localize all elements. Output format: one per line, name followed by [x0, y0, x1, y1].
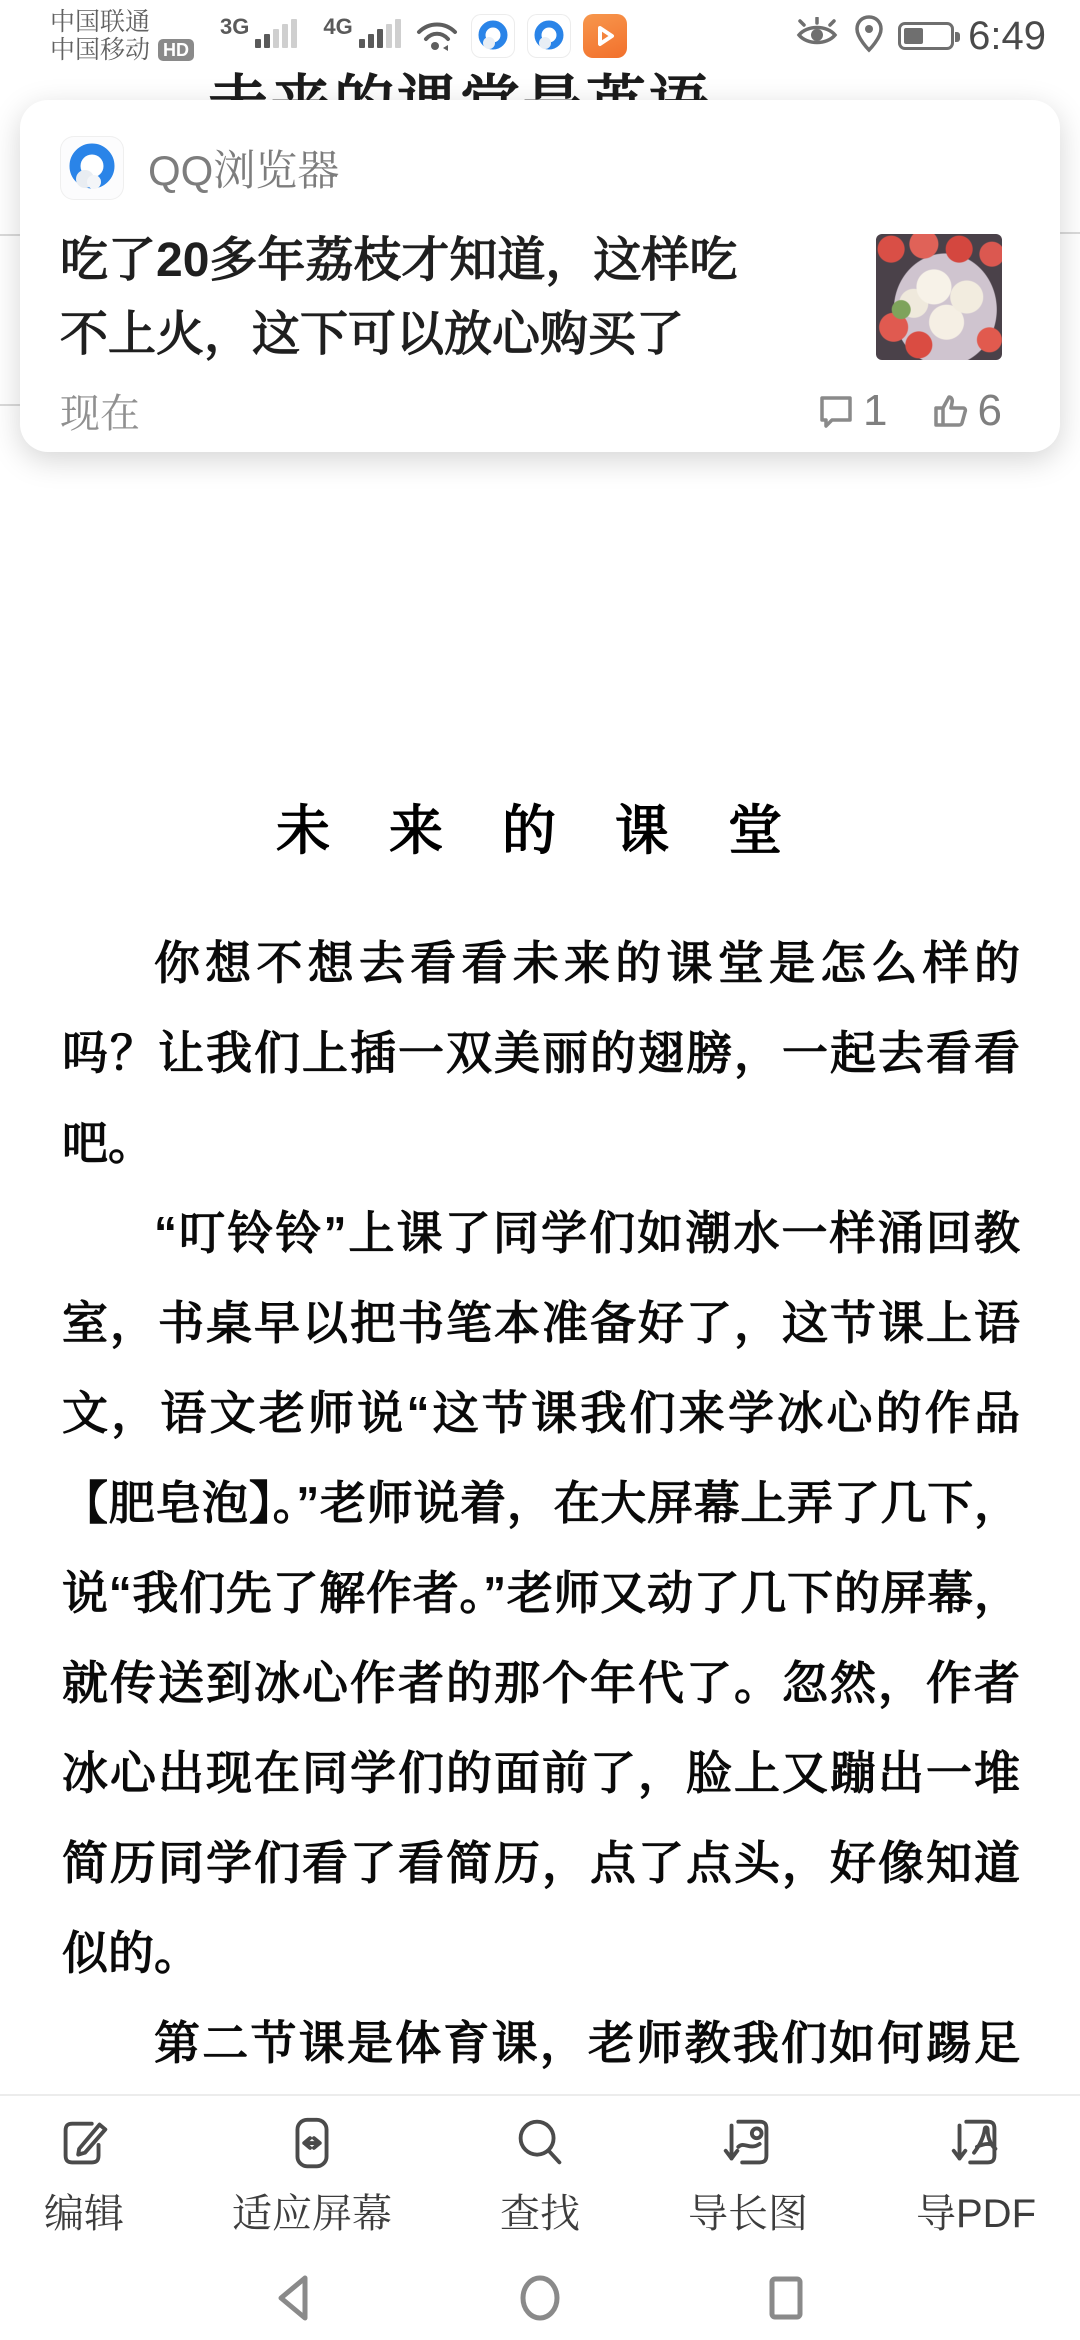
battery-icon: [898, 22, 954, 50]
notification-card[interactable]: QQ浏览器 吃了20多年荔枝才知道，这样吃 不上火，这下可以放心购买了 现在 1: [20, 100, 1060, 452]
carrier-2: 中国移动: [50, 36, 150, 64]
notification-app-name: QQ浏览器: [148, 138, 339, 198]
fit-screen-icon: [281, 2112, 343, 2174]
qq-browser-app-icon: [60, 136, 124, 200]
page-divider-line: [0, 234, 20, 236]
notification-title[interactable]: 吃了20多年荔枝才知道，这样吃 不上火，这下可以放心购买了: [60, 224, 880, 372]
back-button-icon[interactable]: [269, 2272, 319, 2324]
edit-icon: [53, 2112, 115, 2174]
find-button[interactable]: 查找: [500, 2112, 580, 2239]
fit-screen-label: 适应屏幕: [232, 2182, 392, 2239]
android-nav-bar: [0, 2256, 1080, 2340]
export-pdf-button[interactable]: 导PDF: [916, 2112, 1036, 2239]
video-app-notification-icon: [583, 14, 627, 58]
carrier-labels: 中国联通 中国移动 HD: [50, 8, 194, 64]
find-label: 查找: [500, 2182, 580, 2239]
signal-4g: 4G: [323, 16, 400, 56]
reader-toolbar: 编辑 适应屏幕 查找 导长图: [0, 2094, 1080, 2254]
clock: 6:49: [968, 14, 1046, 59]
notification-thumbnail-image: [876, 234, 1002, 360]
recents-button-icon[interactable]: [761, 2272, 811, 2324]
hd-badge: HD: [158, 39, 194, 61]
wifi-icon: [415, 18, 459, 54]
comment-count: 1: [863, 386, 887, 436]
document-body[interactable]: 你想不想去看看未来的课堂是怎么样的吗？让我们上插一双美丽的翅膀，一起去看看吧。 …: [62, 918, 1020, 2268]
signal-bars-icon: [359, 19, 401, 48]
network-type-4g: 4G: [323, 16, 352, 38]
edit-label: 编辑: [44, 2182, 124, 2239]
export-pdf-label: 导PDF: [916, 2182, 1036, 2239]
page-divider-line: [0, 404, 20, 406]
document-title: 未 来 的 课 堂: [0, 788, 1080, 865]
page-divider-line: [1060, 232, 1080, 234]
notification-title-line2: 不上火，这下可以放心购买了: [60, 298, 880, 372]
comment-icon: [817, 392, 855, 430]
network-type-3g: 3G: [220, 16, 249, 38]
like-stat[interactable]: 6: [932, 386, 1002, 436]
thumbs-up-icon: [932, 392, 970, 430]
export-long-image-button[interactable]: 导长图: [688, 2112, 808, 2239]
export-pdf-icon: [945, 2112, 1007, 2174]
signal-3g: 3G: [220, 16, 297, 56]
paragraph-2: “叮铃铃”上课了同学们如潮水一样涌回教室，书桌早以把书笔本准备好了，这节课上语文…: [62, 1188, 1020, 1998]
search-icon: [509, 2112, 571, 2174]
qq-browser-notification-icon-2: [527, 14, 571, 58]
export-long-image-icon: [717, 2112, 779, 2174]
signal-bars-icon: [255, 19, 297, 48]
home-button-icon[interactable]: [515, 2272, 565, 2324]
export-long-image-label: 导长图: [688, 2182, 808, 2239]
carrier-1: 中国联通: [50, 8, 194, 36]
qq-browser-notification-icon: [471, 14, 515, 58]
location-icon: [854, 15, 884, 58]
comment-stat[interactable]: 1: [817, 386, 887, 436]
paragraph-1: 你想不想去看看未来的课堂是怎么样的吗？让我们上插一双美丽的翅膀，一起去看看吧。: [62, 918, 1020, 1188]
eye-comfort-icon: [794, 17, 840, 56]
phone-screen: 中国联通 中国移动 HD 3G 4G: [0, 0, 1080, 2340]
notification-title-line1: 吃了20多年荔枝才知道，这样吃: [60, 224, 880, 298]
notification-timestamp: 现在: [60, 382, 140, 439]
fit-screen-button[interactable]: 适应屏幕: [232, 2112, 392, 2239]
edit-button[interactable]: 编辑: [44, 2112, 124, 2239]
like-count: 6: [978, 386, 1002, 436]
